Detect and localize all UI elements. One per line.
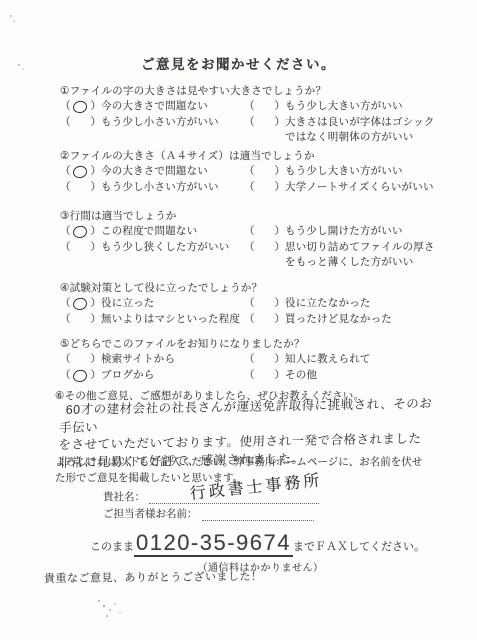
paren-open: （ <box>60 296 71 312</box>
paren-open: （ <box>60 99 71 115</box>
closing-thanks: 貴重なご意見、ありがとうございました！ <box>44 568 263 586</box>
option: （ ） もう少し開けた方がいい <box>244 224 440 240</box>
option-label: 大学ノートサイズくらいがいい <box>285 180 434 196</box>
question-3: ③行間は適当でしょうか （ ） この程度で問題ない （ ） もう少し開けた方がい… <box>60 209 440 271</box>
paren-close: ） <box>91 115 102 131</box>
option-label: 検索サイトから <box>101 352 175 368</box>
paren-close: ） <box>275 99 286 115</box>
option-label: もう少し大きい方がいい <box>285 99 403 115</box>
circle-mark <box>72 225 87 239</box>
circle-mark <box>72 165 87 179</box>
form-title: ご意見をお聞かせください。 <box>0 53 477 73</box>
paren-close: ） <box>275 240 286 256</box>
check-slot <box>255 224 275 239</box>
paren-open: （ <box>244 164 255 180</box>
question-2-options: （ ） 今の大きさで問題ない （ ） もう少し大きい方がいい （ ） もう少し小… <box>60 164 440 195</box>
paren-open: （ <box>244 180 255 196</box>
circle-mark <box>72 297 87 311</box>
check-slot <box>71 296 91 311</box>
paren-close: ） <box>275 312 286 328</box>
company-field: 貴社名： 行政書士事務所 <box>103 489 319 504</box>
paren-open: （ <box>244 368 255 384</box>
option: （ ） 役に立たなかった <box>244 296 440 312</box>
option-label: 役に立った <box>101 296 155 312</box>
check-slot <box>71 240 91 255</box>
paren-open: （ <box>244 115 255 131</box>
paren-open: （ <box>244 224 255 240</box>
paren-open: （ <box>244 99 255 115</box>
question-1-options: （ ） 今の大きさで問題ない （ ） もう少し大きい方がいい （ ） もう少し小… <box>60 99 440 146</box>
option: （ ） その他 <box>244 368 440 384</box>
fax-suffix: までＦＡＸしてください。 <box>293 538 425 554</box>
option: （ ） 今の大きさで問題ない <box>60 164 244 180</box>
paren-open: （ <box>60 180 71 196</box>
paren-close: ） <box>91 240 102 256</box>
paren-close: ） <box>275 352 286 368</box>
option: （ ） 今の大きさで問題ない <box>60 99 244 115</box>
option: （ ） 大学ノートサイズくらいがいい <box>244 180 440 196</box>
option: （ ） もう少し狭くした方がいい <box>60 240 244 271</box>
option-label: 買ったけど見なかった <box>285 312 392 328</box>
circle-mark <box>72 369 87 383</box>
paren-open: （ <box>60 115 71 131</box>
option-label: ブログから <box>101 368 155 384</box>
paren-open: （ <box>60 240 71 256</box>
option: （ ） もう少し小さい方がいい <box>60 115 244 146</box>
paren-open: （ <box>244 296 255 312</box>
check-slot <box>71 368 91 383</box>
check-slot <box>255 99 275 114</box>
check-slot <box>255 352 275 367</box>
option: （ ） もう少し大きい方がいい <box>244 164 440 180</box>
person-write-line <box>202 506 314 521</box>
option-label: 今の大きさで問題ない <box>101 99 208 115</box>
question-5-options: （ ） 検索サイトから （ ） 知人に教えられて （ ） ブログから （ ） <box>60 352 440 383</box>
option: （ ） 無いよりはマシといった程度 <box>60 312 244 328</box>
question-4-heading: ④試験対策として役に立ったでしょうか？ <box>60 281 440 296</box>
option: （ ） 役に立った <box>60 296 244 312</box>
check-slot <box>255 368 275 383</box>
option: （ ） この程度で問題ない <box>60 224 244 240</box>
option: （ ） 知人に教えられて <box>244 352 440 368</box>
person-field: ご担当者様お名前： <box>103 506 314 521</box>
paren-open: （ <box>60 224 71 240</box>
option-label: もう少し開けた方がいい <box>285 224 403 240</box>
check-slot <box>255 240 275 255</box>
option-label: もう少し狭くした方がいい <box>101 240 229 256</box>
paren-close: ） <box>275 115 286 131</box>
question-3-heading: ③行間は適当でしょうか <box>60 209 440 224</box>
paren-open: （ <box>60 312 71 328</box>
fax-instruction: このまま 0120-35-9674 までＦＡＸしてください。 <box>38 531 477 557</box>
question-1-heading: ①ファイルの字の大きさは見やすい大きさでしょうか？ <box>60 84 440 99</box>
option-label: その他 <box>285 368 317 384</box>
option: （ ） もう少し小さい方がいい <box>60 180 244 196</box>
check-slot <box>255 180 275 195</box>
paren-open: （ <box>60 164 71 180</box>
paren-open: （ <box>60 368 71 384</box>
check-slot <box>71 180 91 195</box>
paren-open: （ <box>244 352 255 368</box>
check-slot <box>255 296 275 311</box>
option-label: もう少し小さい方がいい <box>101 115 219 131</box>
paren-close: ） <box>91 180 102 196</box>
person-field-label: ご担当者様お名前： <box>103 506 198 521</box>
paren-close: ） <box>91 296 102 312</box>
question-2-heading: ②ファイルの大きさ（Ａ４サイズ）は適当でしょうか <box>60 149 440 164</box>
check-slot <box>71 224 91 239</box>
option: （ ） 買ったけど見なかった <box>244 312 440 328</box>
paren-close: ） <box>275 180 286 196</box>
paren-close: ） <box>91 224 102 240</box>
company-write-line: 行政書士事務所 <box>149 489 319 504</box>
option-label: 知人に教えられて <box>285 352 371 368</box>
option-label: 大きさは良いが字体はゴシック ではなく明朝体の方がいい <box>285 115 435 146</box>
option: （ ） 大きさは良いが字体はゴシック ではなく明朝体の方がいい <box>244 115 440 146</box>
paren-close: ） <box>91 352 102 368</box>
check-slot <box>71 164 91 179</box>
check-slot <box>255 312 275 327</box>
circle-mark <box>72 100 87 114</box>
question-1: ①ファイルの字の大きさは見やすい大きさでしょうか？ （ ） 今の大きさで問題ない… <box>60 84 440 146</box>
check-slot <box>71 99 91 114</box>
check-slot <box>71 312 91 327</box>
paren-close: ） <box>275 368 286 384</box>
question-3-options: （ ） この程度で問題ない （ ） もう少し開けた方がいい （ ） もう少し狭く… <box>60 224 440 271</box>
question-2: ②ファイルの大きさ（Ａ４サイズ）は適当でしょうか （ ） 今の大きさで問題ない … <box>60 149 440 195</box>
question-4: ④試験対策として役に立ったでしょうか？ （ ） 役に立った （ ） 役に立たなか… <box>60 281 440 327</box>
paren-close: ） <box>91 368 102 384</box>
paren-close: ） <box>91 312 102 328</box>
paren-close: ） <box>275 296 286 312</box>
paren-open: （ <box>244 240 255 256</box>
option-label: 無いよりはマシといった程度 <box>101 312 240 328</box>
option: （ ） 思い切り詰めてファイルの厚さ をもっと薄くした方がいい <box>244 240 440 271</box>
paren-close: ） <box>275 224 286 240</box>
paren-open: （ <box>60 352 71 368</box>
check-slot <box>255 164 275 179</box>
paren-close: ） <box>91 99 102 115</box>
question-4-options: （ ） 役に立った （ ） 役に立たなかった （ ） 無いよりはマシといった程度… <box>60 296 440 327</box>
check-slot <box>71 115 91 130</box>
option-label: もう少し大きい方がいい <box>285 164 403 180</box>
option-label: この程度で問題ない <box>101 224 197 240</box>
paren-close: ） <box>275 164 286 180</box>
option: （ ） ブログから <box>60 368 244 384</box>
option-label: 今の大きさで問題ない <box>101 164 208 180</box>
option-label: もう少し小さい方がいい <box>101 180 219 196</box>
option-label: 思い切り詰めてファイルの厚さ をもっと薄くした方がいい <box>285 240 435 271</box>
scanned-feedback-form: ご意見をお聞かせください。 ①ファイルの字の大きさは見やすい大きさでしょうか？ … <box>0 0 477 640</box>
option: （ ） 検索サイトから <box>60 352 244 368</box>
company-field-label: 貴社名： <box>103 489 145 504</box>
check-slot <box>71 352 91 367</box>
scan-noise <box>10 15 12 17</box>
paren-open: （ <box>244 312 255 328</box>
option: （ ） もう少し大きい方がいい <box>244 99 440 115</box>
question-5: ⑤どちらでこのファイルをお知りになりましたか？ （ ） 検索サイトから （ ） … <box>60 337 440 383</box>
fax-number: 0120-35-9674 <box>134 531 293 557</box>
option-label: 役に立たなかった <box>285 296 371 312</box>
question-5-heading: ⑤どちらでこのファイルをお知りになりましたか？ <box>60 337 440 352</box>
fax-prefix: このまま <box>90 538 134 554</box>
paren-close: ） <box>91 164 102 180</box>
check-slot <box>255 115 275 130</box>
